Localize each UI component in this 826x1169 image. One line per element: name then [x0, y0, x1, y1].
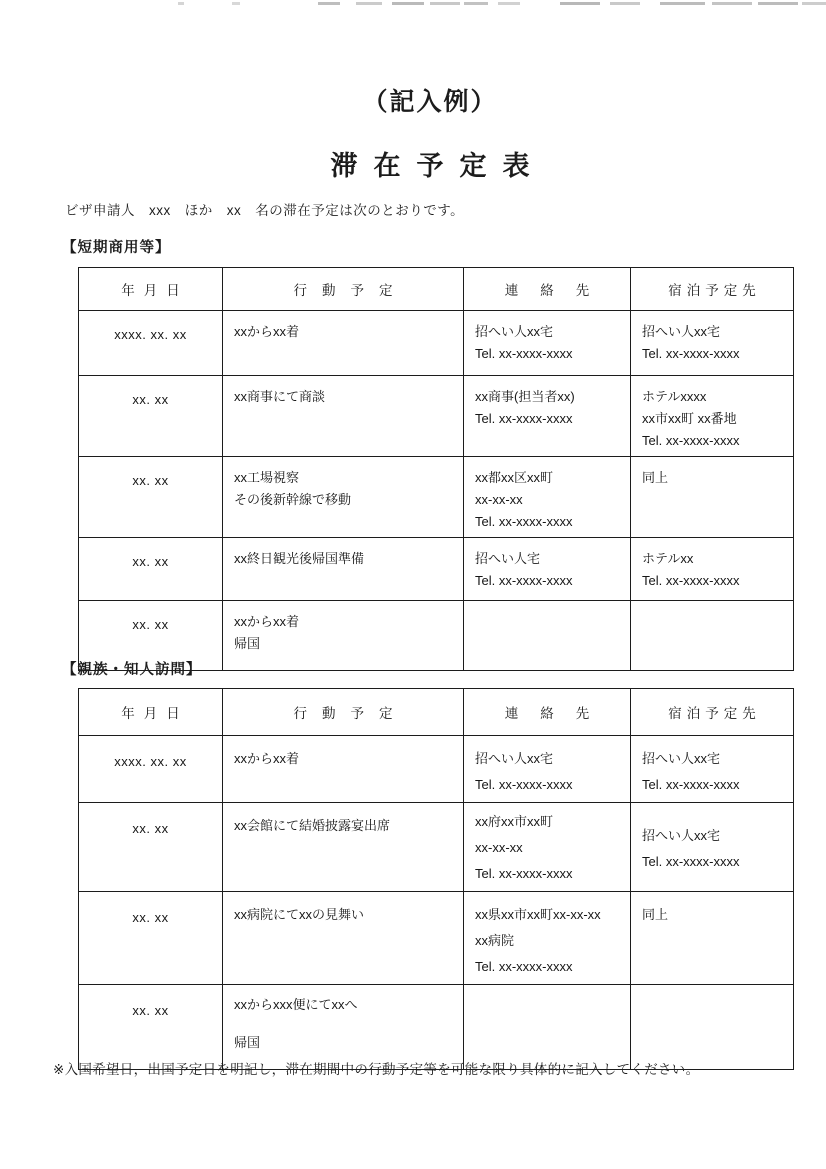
cell-action: xxからxx着 帰国: [223, 601, 464, 671]
schedule-table-relatives: 年月日行動予定連絡先宿泊予定先 xxxx. xx. xxxxからxx着招へい人x…: [78, 688, 794, 1070]
cell-action: xxからxx着: [223, 311, 464, 376]
table-header-row: 年月日行動予定連絡先宿泊予定先: [79, 268, 794, 311]
column-header: 年月日: [79, 268, 223, 311]
section-label-relatives: 【親族・知人訪問】: [62, 658, 202, 679]
cell-lodging: 招へい人xx宅 Tel. xx-xxxx-xxxx: [631, 736, 794, 803]
scan-artifact: [392, 2, 424, 5]
cell-action: xxからxx着: [223, 736, 464, 803]
page-title: 滞在予定表: [34, 144, 826, 183]
cell-date: xx. xx: [79, 457, 223, 538]
scan-artifact: [498, 2, 520, 5]
scan-artifact: [430, 2, 460, 5]
cell-action: xx会館にて結婚披露宴出席: [223, 803, 464, 892]
cell-date: xx. xx: [79, 985, 223, 1070]
scan-artifact: [610, 2, 640, 5]
cell-contact: xx府xx市xx町 xx-xx-xx Tel. xx-xxxx-xxxx: [464, 803, 631, 892]
table-row: xx. xxxx病院にてxxの見舞いxx県xx市xx町xx-xx-xx xx病院…: [79, 892, 794, 985]
footnote: ※入国希望日，出国予定日を明記し，滞在期間中の行動予定等を可能な限り具体的に記入…: [53, 1058, 699, 1078]
column-header: 年月日: [79, 689, 223, 736]
cell-lodging: [631, 601, 794, 671]
table-row: xx. xxxxからxxx便にてxxへ 帰国: [79, 985, 794, 1070]
table-row: xx. xxxx商事にて商談xx商事(担当者xx) Tel. xx-xxxx-x…: [79, 376, 794, 457]
cell-lodging: 招へい人xx宅 Tel. xx-xxxx-xxxx: [631, 803, 794, 892]
cell-lodging: ホテルxx Tel. xx-xxxx-xxxx: [631, 538, 794, 601]
section-label-business: 【短期商用等】: [62, 236, 171, 257]
cell-contact: xx都xx区xx町 xx-xx-xx Tel. xx-xxxx-xxxx: [464, 457, 631, 538]
example-label: （記入例）: [34, 82, 826, 118]
cell-contact: [464, 985, 631, 1070]
cell-contact: [464, 601, 631, 671]
table-row: xx. xxxx工場視察 その後新幹線で移動xx都xx区xx町 xx-xx-xx…: [79, 457, 794, 538]
scan-artifact: [232, 2, 240, 5]
column-header: 連絡先: [464, 268, 631, 311]
scan-artifact: [802, 2, 826, 5]
table-header-row: 年月日行動予定連絡先宿泊予定先: [79, 689, 794, 736]
table-row: xx. xxxx終日観光後帰国準備招へい人宅 Tel. xx-xxxx-xxxx…: [79, 538, 794, 601]
cell-action: xx病院にてxxの見舞い: [223, 892, 464, 985]
column-header: 行動予定: [223, 689, 464, 736]
scan-artifact: [318, 2, 340, 5]
intro-line: ビザ申請人 xxx ほか xx 名の滞在予定は次のとおりです。: [65, 199, 464, 219]
table-row: xxxx. xx. xxxxからxx着招へい人xx宅 Tel. xx-xxxx-…: [79, 311, 794, 376]
cell-lodging: ホテルxxxx xx市xx町 xx番地 Tel. xx-xxxx-xxxx: [631, 376, 794, 457]
scan-artifact: [560, 2, 600, 5]
column-header: 連絡先: [464, 689, 631, 736]
scan-artifact: [356, 2, 382, 5]
cell-date: xx. xx: [79, 538, 223, 601]
cell-lodging: 招へい人xx宅 Tel. xx-xxxx-xxxx: [631, 311, 794, 376]
cell-date: xx. xx: [79, 803, 223, 892]
cell-date: xx. xx: [79, 892, 223, 985]
scan-artifact: [178, 2, 184, 5]
scan-artifact: [712, 2, 752, 5]
cell-contact: xx商事(担当者xx) Tel. xx-xxxx-xxxx: [464, 376, 631, 457]
cell-action: xxからxxx便にてxxへ 帰国: [223, 985, 464, 1070]
cell-lodging: [631, 985, 794, 1070]
cell-date: xxxx. xx. xx: [79, 736, 223, 803]
cell-date: xx. xx: [79, 376, 223, 457]
scanned-document-page: （記入例） 滞在予定表 ビザ申請人 xxx ほか xx 名の滞在予定は次のとおり…: [0, 0, 826, 1169]
cell-date: xxxx. xx. xx: [79, 311, 223, 376]
title-block: （記入例） 滞在予定表: [34, 82, 826, 183]
cell-lodging: 同上: [631, 457, 794, 538]
cell-action: xx終日観光後帰国準備: [223, 538, 464, 601]
cell-action: xx工場視察 その後新幹線で移動: [223, 457, 464, 538]
scan-artifact: [464, 2, 488, 5]
scan-artifact: [660, 2, 705, 5]
schedule-table-business: 年月日行動予定連絡先宿泊予定先 xxxx. xx. xxxxからxx着招へい人x…: [78, 267, 794, 671]
table-row: xx. xxxx会館にて結婚披露宴出席xx府xx市xx町 xx-xx-xx Te…: [79, 803, 794, 892]
cell-contact: xx県xx市xx町xx-xx-xx xx病院 Tel. xx-xxxx-xxxx: [464, 892, 631, 985]
cell-contact: 招へい人xx宅 Tel. xx-xxxx-xxxx: [464, 311, 631, 376]
table-row: xxxx. xx. xxxxからxx着招へい人xx宅 Tel. xx-xxxx-…: [79, 736, 794, 803]
column-header: 宿泊予定先: [631, 689, 794, 736]
column-header: 行動予定: [223, 268, 464, 311]
cell-action: xx商事にて商談: [223, 376, 464, 457]
cell-lodging: 同上: [631, 892, 794, 985]
scan-artifact: [758, 2, 798, 5]
cell-contact: 招へい人宅 Tel. xx-xxxx-xxxx: [464, 538, 631, 601]
cell-contact: 招へい人xx宅 Tel. xx-xxxx-xxxx: [464, 736, 631, 803]
column-header: 宿泊予定先: [631, 268, 794, 311]
